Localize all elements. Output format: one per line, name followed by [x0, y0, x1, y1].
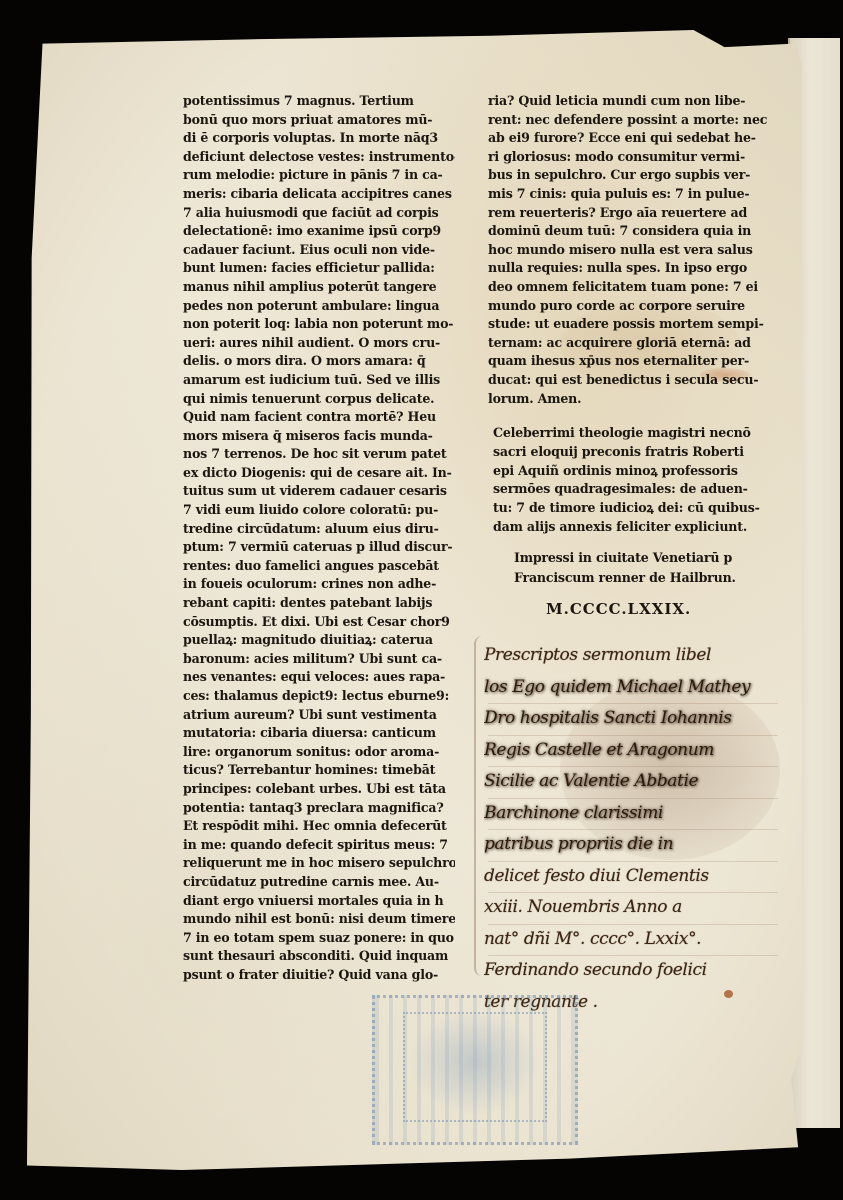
text-line: baronum: acies militum? Ubi sunt ca- — [183, 650, 455, 669]
text-line: Ferdinando secundo foelici — [484, 955, 784, 987]
text-line: ternam: ac acquirere gloriā eternā: ad — [488, 334, 770, 353]
text-line: Franciscum renner de Hailbrun. — [514, 568, 774, 588]
text-line: Regis Castelle et Aragonum — [484, 735, 784, 767]
stamp-emblem — [403, 1012, 547, 1122]
library-stamp-icon — [372, 995, 578, 1145]
text-line: manus nihil amplius poterūt tangere — [183, 278, 455, 297]
text-line: reliquerunt me in hoc misero sepulchro — [183, 854, 455, 873]
text-line: los Ego quidem Michael Mathey — [484, 672, 784, 704]
text-line: bus in sepulchro. Cur ergo supbis ver- — [488, 166, 770, 185]
text-line: ptum: 7 vermiū cateruas p illud discur- — [183, 538, 455, 557]
text-line: sacri eloquij preconis fratris Roberti — [493, 443, 773, 462]
text-column-left: potentissimus 7 magnus. Tertiumbonū quo … — [183, 92, 455, 985]
text-line: mutatoria: cibaria diuersa: canticum — [183, 724, 455, 743]
text-line: amarum est iudicium tuū. Sed ve illis — [183, 371, 455, 390]
manuscript-ownership-note: Prescriptos sermonum libellos Ego quidem… — [484, 640, 784, 1018]
text-line: ex dicto Diogenis: qui de cesare ait. In… — [183, 464, 455, 483]
text-line: ticus? Terrebantur homines: timebāt — [183, 761, 455, 780]
text-line: epi Aquiñ ordinis minoꝝ professoris — [493, 462, 773, 481]
text-line: mis 7 cinis: quia puluis es: 7 in pulue- — [488, 185, 770, 204]
text-line: ria? Quid leticia mundi cum non libe- — [488, 92, 770, 111]
text-line: mors misera q̄ miseros facis munda- — [183, 427, 455, 446]
text-line: in me: quando defecit spiritus meus: 7 — [183, 836, 455, 855]
text-line: atrium aureum? Ubi sunt vestimenta — [183, 706, 455, 725]
text-line: nos 7 terrenos. De hoc sit verum patet — [183, 445, 455, 464]
text-line: Impressi in ciuitate Venetiarū p — [514, 548, 774, 568]
text-line: ab ei9 furore? Ecce eni qui sedebat he- — [488, 129, 770, 148]
text-line: nat° dñi M°. cccc°. Lxxix°. — [484, 924, 784, 956]
text-line: diant ergo vniuersi mortales quia in h — [183, 892, 455, 911]
text-line: sermōes quadragesimales: de aduen- — [493, 480, 773, 499]
text-line: meris: cibaria delicata accipitres canes — [183, 185, 455, 204]
text-line: circūdatuz putredine carnis mee. Au- — [183, 873, 455, 892]
text-line: Celeberrimi theologie magistri necnō — [493, 424, 773, 443]
text-line: quam ihesus xp̄us nos eternaliter per- — [488, 352, 770, 371]
text-line: 7 alia huiusmodi que faciūt ad corpis — [183, 204, 455, 223]
text-line: rent: nec defendere possint a morte: nec — [488, 111, 770, 130]
text-line: Prescriptos sermonum libel — [484, 640, 784, 672]
text-line: rebant capiti: dentes patebant labijs — [183, 594, 455, 613]
text-line: qui nimis tenuerunt corpus delicate. — [183, 390, 455, 409]
text-line: dam alijs annexis feliciter expliciunt. — [493, 518, 773, 537]
text-line: tredine circūdatum: aluum eius diru- — [183, 520, 455, 539]
text-line: deficiunt delectose vestes: instrumento- — [183, 148, 455, 167]
text-line: non poterit loq: labia non poterunt mo- — [183, 315, 455, 334]
text-line: delectationē: imo exanime ipsū corp9 — [183, 222, 455, 241]
text-line: stude: ut euadere possis mortem sempi- — [488, 315, 770, 334]
text-line: delis. o mors dira. O mors amara: q̄ — [183, 352, 455, 371]
text-line: puellaꝝ: magnitudo diuitiaꝝ: caterua — [183, 631, 455, 650]
text-line: sunt thesauri absconditi. Quid inquam — [183, 947, 455, 966]
manuscript-bracket — [474, 636, 482, 976]
text-line: bunt lumen: facies efficietur pallida: — [183, 259, 455, 278]
text-line: xxiii. Nouembris Anno a — [484, 892, 784, 924]
text-line: patribus propriis die in — [484, 829, 784, 861]
text-line: nulla requies: nulla spes. In ipso ergo — [488, 259, 770, 278]
text-line: Quid nam facient contra mortē? Heu — [183, 408, 455, 427]
colophon: Celeberrimi theologie magistri necnōsacr… — [493, 424, 773, 537]
text-line: deo omnem felicitatem tuam pone: 7 ei — [488, 278, 770, 297]
printer-imprint: Impressi in ciuitate Venetiarū pFrancisc… — [514, 548, 774, 588]
text-line: dominū deum tuū: 7 considera quia in — [488, 222, 770, 241]
text-line: in foueis oculorum: crines non adhe- — [183, 575, 455, 594]
text-line: mundo puro corde ac corpore seruire — [488, 297, 770, 316]
text-line: ducat: qui est benedictus i secula secu- — [488, 371, 770, 390]
text-line: psunt o frater diuitie? Quid vana glo- — [183, 966, 455, 985]
text-line: rum melodie: picture in pānis 7 in ca- — [183, 166, 455, 185]
printed-date: M.CCCC.LXXIX. — [546, 600, 691, 618]
text-line: cōsumptis. Et dixi. Ubi est Cesar chor9 — [183, 613, 455, 632]
text-line: nes venantes: equi veloces: aues rapa- — [183, 668, 455, 687]
text-line: Barchinone clarissimi — [484, 798, 784, 830]
text-line: tuitus sum ut viderem cadauer cesaris — [183, 482, 455, 501]
text-line: Sicilie ac Valentie Abbatie — [484, 766, 784, 798]
text-line: ces: thalamus depict9: lectus eburne9: — [183, 687, 455, 706]
text-column-right: ria? Quid leticia mundi cum non libe-ren… — [488, 92, 770, 408]
text-line: principes: colebant urbes. Ubi est tāta — [183, 780, 455, 799]
text-line: di ē corporis voluptas. In morte nāq3 — [183, 129, 455, 148]
text-line: bonū quo mors priuat amatores mū- — [183, 111, 455, 130]
text-line: potentia: tantaq3 preclara magnifica? — [183, 799, 455, 818]
text-line: lire: organorum sonitus: odor aroma- — [183, 743, 455, 762]
text-line: Dro hospitalis Sancti Iohannis — [484, 703, 784, 735]
text-line: rentes: duo famelici angues pascebāt — [183, 557, 455, 576]
text-line: potentissimus 7 magnus. Tertium — [183, 92, 455, 111]
text-line: ri gloriosus: modo consumitur vermi- — [488, 148, 770, 167]
text-line: tu: 7 de timore iudicioꝝ dei: cū quibus- — [493, 499, 773, 518]
text-line: hoc mundo misero nulla est vera salus — [488, 241, 770, 260]
text-line: ueri: aures nihil audient. O mors cru- — [183, 334, 455, 353]
text-line: rem reuerteris? Ergo aīa reuertere ad — [488, 204, 770, 223]
text-line: mundo nihil est bonū: nisi deum timere — [183, 910, 455, 929]
text-line: delicet festo diui Clementis — [484, 861, 784, 893]
text-line: Et respōdit mihi. Hec omnia defecerūt — [183, 817, 455, 836]
text-line: lorum. Amen. — [488, 390, 770, 409]
text-line: 7 in eo totam spem suaz ponere: in quo — [183, 929, 455, 948]
text-line: pedes non poterunt ambulare: lingua — [183, 297, 455, 316]
text-line: cadauer faciunt. Eius oculi non vide- — [183, 241, 455, 260]
text-line: 7 vidi eum liuido colore coloratū: pu- — [183, 501, 455, 520]
